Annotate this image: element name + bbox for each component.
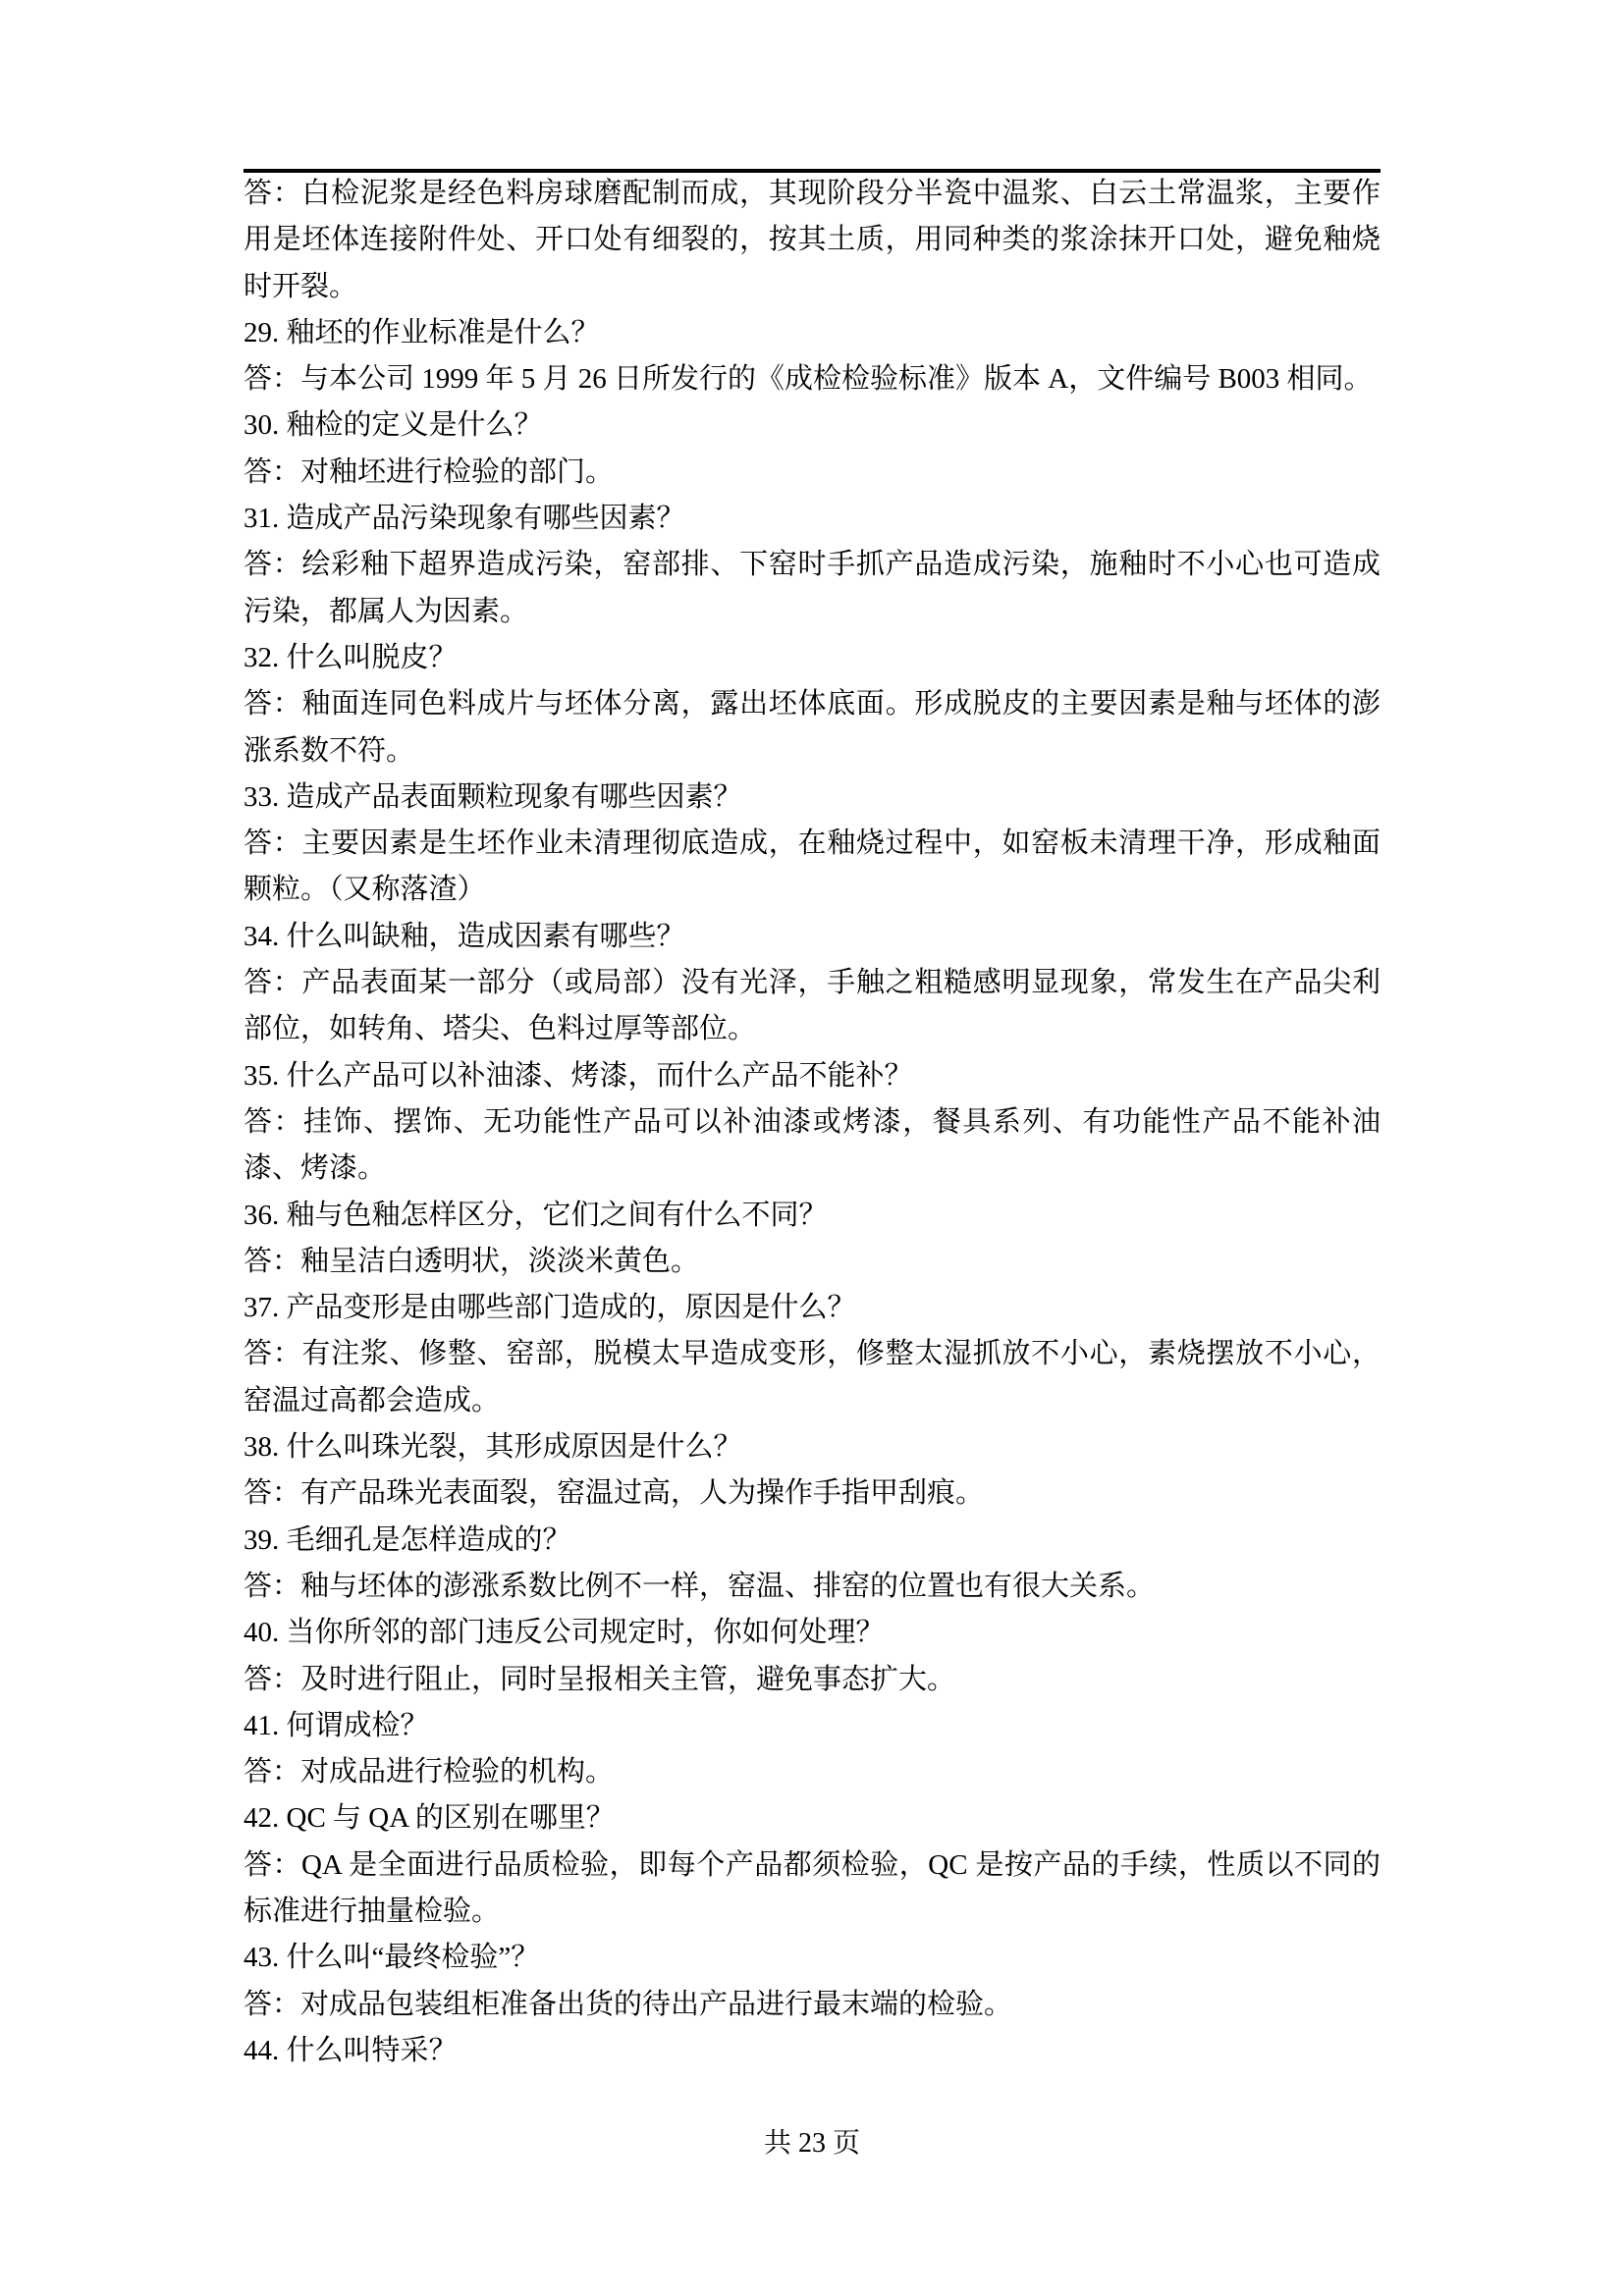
answer-paragraph: 答：釉与坯体的澎涨系数比例不一样，窑温、排窑的位置也有很大关系。: [244, 1564, 1380, 1610]
answer-paragraph: 答：釉呈洁白透明状，淡淡米黄色。: [244, 1239, 1380, 1285]
page-footer: 共 23 页: [0, 2120, 1624, 2166]
answer-paragraph: 答：对成品进行检验的机构。: [244, 1749, 1380, 1795]
answer-paragraph: 答：对釉坯进行检验的部门。: [244, 450, 1380, 496]
answer-paragraph: 答：有产品珠光表面裂，窑温过高，人为操作手指甲刮痕。: [244, 1470, 1380, 1517]
page-count-label: 共 23 页: [764, 2128, 860, 2159]
question-paragraph: 42. QC 与 QA 的区别在哪里？: [244, 1795, 1380, 1842]
answer-paragraph: 答：釉面连同色料成片与坯体分离，露出坯体底面。形成脱皮的主要因素是釉与坯体的澎涨…: [244, 681, 1380, 774]
answer-paragraph: 答：产品表面某一部分（或局部）没有光泽，手触之粗糙感明显现象，常发生在产品尖利部…: [244, 960, 1380, 1053]
question-paragraph: 33. 造成产品表面颗粒现象有哪些因素？: [244, 774, 1380, 821]
answer-paragraph: 答：主要因素是生坯作业未清理彻底造成，在釉烧过程中，如窑板未清理干净，形成釉面颗…: [244, 821, 1380, 914]
question-paragraph: 31. 造成产品污染现象有哪些因素？: [244, 496, 1380, 542]
question-paragraph: 40. 当你所邻的部门违反公司规定时，你如何处理？: [244, 1610, 1380, 1656]
document-page: 答：白检泥浆是经色料房球磨配制而成，其现阶段分半瓷中温浆、白云土常温浆，主要作用…: [0, 0, 1624, 2296]
answer-paragraph: 答：QA 是全面进行品质检验，即每个产品都须检验，QC 是按产品的手续，性质以不…: [244, 1842, 1380, 1936]
question-paragraph: 44. 什么叫特采？: [244, 2028, 1380, 2074]
question-paragraph: 38. 什么叫珠光裂，其形成原因是什么？: [244, 1424, 1380, 1470]
answer-paragraph: 答：绘彩釉下超界造成污染，窑部排、下窑时手抓产品造成污染，施釉时不小心也可造成污…: [244, 542, 1380, 635]
question-paragraph: 32. 什么叫脱皮？: [244, 635, 1380, 681]
answer-paragraph: 答：对成品包装组柜准备出货的待出产品进行最末端的检验。: [244, 1982, 1380, 2028]
question-paragraph: 41. 何谓成检？: [244, 1703, 1380, 1749]
question-paragraph: 37. 产品变形是由哪些部门造成的，原因是什么？: [244, 1285, 1380, 1331]
document-body: 答：白检泥浆是经色料房球磨配制而成，其现阶段分半瓷中温浆、白云土常温浆，主要作用…: [244, 171, 1380, 2074]
answer-paragraph: 答：挂饰、摆饰、无功能性产品可以补油漆或烤漆，餐具系列、有功能性产品不能补油漆、…: [244, 1099, 1380, 1193]
answer-paragraph: 答：及时进行阻止，同时呈报相关主管，避免事态扩大。: [244, 1657, 1380, 1703]
question-paragraph: 35. 什么产品可以补油漆、烤漆，而什么产品不能补？: [244, 1053, 1380, 1099]
question-paragraph: 43. 什么叫“最终检验”？: [244, 1935, 1380, 1981]
question-paragraph: 36. 釉与色釉怎样区分，它们之间有什么不同？: [244, 1193, 1380, 1239]
question-paragraph: 30. 釉检的定义是什么？: [244, 402, 1380, 449]
question-paragraph: 34. 什么叫缺釉，造成因素有哪些？: [244, 914, 1380, 960]
continuation-paragraph: 答：白检泥浆是经色料房球磨配制而成，其现阶段分半瓷中温浆、白云土常温浆，主要作用…: [244, 171, 1380, 310]
answer-paragraph: 答：与本公司 1999 年 5 月 26 日所发行的《成检检验标准》版本 A，文…: [244, 356, 1380, 402]
question-paragraph: 39. 毛细孔是怎样造成的？: [244, 1518, 1380, 1564]
answer-paragraph: 答：有注浆、修整、窑部，脱模太早造成变形，修整太湿抓放不小心，素烧摆放不小心，窑…: [244, 1331, 1380, 1424]
question-paragraph: 29. 釉坯的作业标准是什么？: [244, 310, 1380, 356]
